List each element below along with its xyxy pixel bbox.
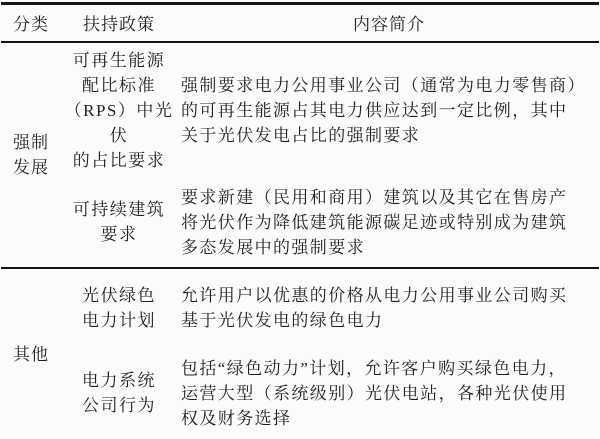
- header-description: 内容简介: [179, 4, 599, 43]
- category-cell: 强制 发展: [1, 42, 59, 268]
- table-row: 可持续建筑 要求 要求新建（民用和商用）建筑以及其它在售房产 将光伏作为降低建筑…: [1, 177, 599, 268]
- section-other: 其他 光伏绿色 电力计划 允许用户以优惠的价格从电力公用事业公司购买 基于光伏发…: [1, 268, 599, 439]
- table-row: 电力系统 公司行为 包括“绿色动力”计划，允许客户购买绿色电力， 运营大型（系统…: [1, 347, 599, 439]
- policy-table: 分类 扶持政策 内容简介 强制 发展 可再生能源 配比标准 （RPS）中光伏 的…: [1, 2, 599, 439]
- description-cell: 强制要求电力公用事业公司（通常为电力零售商） 的可再生能源占其电力供应达到一定比…: [179, 42, 599, 177]
- description-cell: 允许用户以优惠的价格从电力公用事业公司购买 基于光伏发电的绿色电力: [179, 268, 599, 347]
- policy-cell: 光伏绿色 电力计划: [59, 268, 179, 347]
- section-mandatory-development: 强制 发展 可再生能源 配比标准 （RPS）中光伏 的占比要求 强制要求电力公用…: [1, 42, 599, 268]
- description-cell: 包括“绿色动力”计划，允许客户购买绿色电力， 运营大型（系统级别）光伏电站，各种…: [179, 347, 599, 439]
- document-page: 分类 扶持政策 内容简介 强制 发展 可再生能源 配比标准 （RPS）中光伏 的…: [0, 0, 600, 439]
- policy-cell: 电力系统 公司行为: [59, 347, 179, 439]
- category-cell: 其他: [1, 268, 59, 439]
- table-row: 其他 光伏绿色 电力计划 允许用户以优惠的价格从电力公用事业公司购买 基于光伏发…: [1, 268, 599, 347]
- table-header: 分类 扶持政策 内容简介: [1, 4, 599, 43]
- header-policy: 扶持政策: [59, 4, 179, 43]
- policy-cell: 可再生能源 配比标准 （RPS）中光伏 的占比要求: [59, 42, 179, 177]
- header-row: 分类 扶持政策 内容简介: [1, 4, 599, 43]
- table-row: 强制 发展 可再生能源 配比标准 （RPS）中光伏 的占比要求 强制要求电力公用…: [1, 42, 599, 177]
- description-cell: 要求新建（民用和商用）建筑以及其它在售房产 将光伏作为降低建筑能源碳足迹或特别成…: [179, 177, 599, 268]
- policy-cell: 可持续建筑 要求: [59, 177, 179, 268]
- header-category: 分类: [1, 4, 59, 43]
